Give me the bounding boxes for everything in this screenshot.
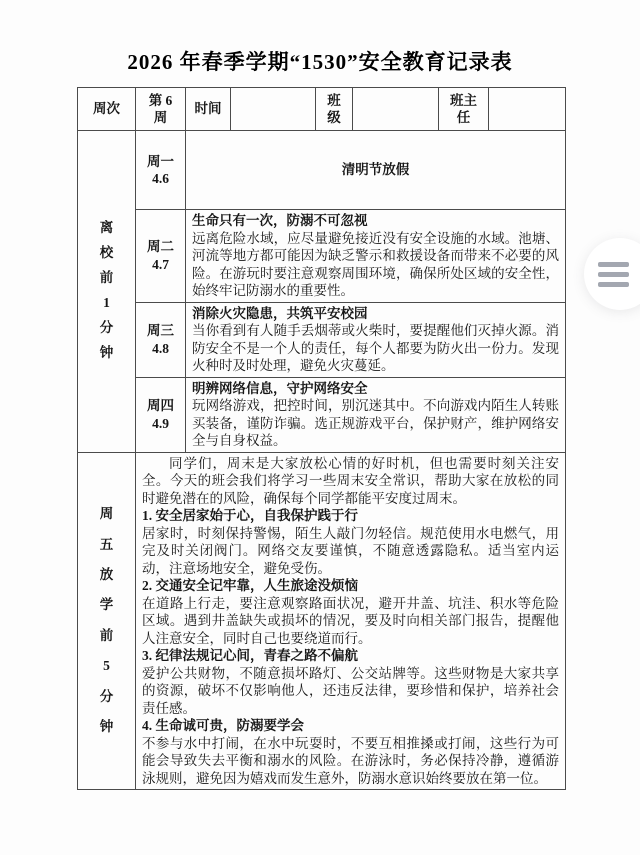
table-row-monday: 离校前1分钟 周一 4.6 清明节放假 [78, 131, 566, 210]
day-label: 周一 [147, 154, 174, 169]
topic-body: 当你看到有人随手丢烟蒂或火柴时，要提醒他们灭掉火源。消防安全不是一个人的责任，每… [192, 323, 559, 373]
friday-item-3-title: 3. 纪律法规记心间，青春之路不偏航 [142, 647, 559, 665]
info-row: 周次 第 6 周 时间 班级 班主任 [78, 88, 566, 131]
period-label-text: 离校前1分钟 [99, 216, 113, 366]
time-label: 时间 [186, 88, 231, 131]
topic-body: 玩网络游戏，把控时间，别沉迷其中。不向游戏内陌生人转账买装备，谨防诈骗。选正规游… [192, 398, 559, 448]
day-label: 周二 [147, 239, 174, 254]
day-label: 周三 [147, 323, 174, 338]
time-value-field [231, 88, 316, 131]
date-label: 4.6 [142, 170, 179, 188]
day-cell-tuesday: 周二 4.7 [136, 210, 186, 303]
friday-item-1-title: 1. 安全居家始于心，自我保护践于行 [142, 507, 559, 525]
content-thursday: 明辨网络信息，守护网络安全玩网络游戏，把控时间，别沉迷其中。不向游戏内陌生人转账… [186, 377, 566, 452]
day-cell-thursday: 周四 4.9 [136, 377, 186, 452]
topic-title: 生命只有一次，防溺不可忽视 [192, 212, 559, 230]
day-cell-wednesday: 周三 4.8 [136, 302, 186, 377]
teacher-label: 班主任 [439, 88, 489, 131]
week-number-label: 周次 [78, 88, 136, 131]
day-label: 周四 [147, 398, 174, 413]
week-number-value: 第 6 周 [136, 88, 186, 131]
friday-item-4-body: 不参与水中打闹，在水中玩耍时，不要互相推搡或打闹，这些行为可能会导致失去平衡和溺… [142, 735, 559, 788]
document-page: 2026 年春季学期“1530”安全教育记录表 周次 第 6 周 时间 班级 班… [0, 0, 640, 855]
friday-item-2-title: 2. 交通安全记牢靠，人生旅途没烦恼 [142, 577, 559, 595]
period-label-text: 周五放学前5分钟 [99, 499, 113, 742]
teacher-value-field [489, 88, 566, 131]
table-row-friday: 周五放学前5分钟 同学们，周末是大家放松心情的好时机，但也需要时刻关注安全。今天… [78, 452, 566, 790]
friday-intro: 同学们，周末是大家放松心情的好时机，但也需要时刻关注安全。今天的班会我们将学习一… [142, 455, 559, 508]
floating-menu-button[interactable] [584, 238, 640, 310]
content-monday-holiday: 清明节放假 [186, 131, 566, 210]
period-label-friday: 周五放学前5分钟 [78, 452, 136, 790]
friday-item-4-title: 4. 生命诚可贵，防溺要学会 [142, 717, 559, 735]
topic-title: 消除火灾隐患，共筑平安校园 [192, 305, 559, 323]
hamburger-icon [598, 282, 629, 287]
content-friday: 同学们，周末是大家放松心情的好时机，但也需要时刻关注安全。今天的班会我们将学习一… [136, 452, 566, 790]
page-title: 2026 年春季学期“1530”安全教育记录表 [0, 46, 640, 76]
period-label-before-leaving: 离校前1分钟 [78, 131, 136, 453]
class-value-field [353, 88, 439, 131]
day-cell-monday: 周一 4.6 [136, 131, 186, 210]
class-label: 班级 [316, 88, 353, 131]
friday-item-3-body: 爱护公共财物，不随意损坏路灯、公交站牌等。这些财物是大家共享的资源，破坏不仅影响… [142, 665, 559, 718]
hamburger-icon [598, 272, 629, 277]
friday-item-1-body: 居家时，时刻保持警惕，陌生人敲门勿轻信。规范使用水电燃气，用完及时关闭阀门。网络… [142, 525, 559, 578]
friday-item-2-body: 在道路上行走，要注意观察路面状况，避开井盖、坑洼、积水等危险区域。遇到井盖缺失或… [142, 595, 559, 648]
table-row-thursday: 周四 4.9 明辨网络信息，守护网络安全玩网络游戏，把控时间，别沉迷其中。不向游… [78, 377, 566, 452]
content-tuesday: 生命只有一次，防溺不可忽视远离危险水域，应尽量避免接近没有安全设施的水域。池塘、… [186, 210, 566, 303]
date-label: 4.9 [142, 415, 179, 433]
safety-record-table: 周次 第 6 周 时间 班级 班主任 离校前1分钟 周一 4.6 清明节放假 周… [77, 87, 566, 790]
topic-body: 远离危险水域，应尽量避免接近没有安全设施的水域。池塘、河流等地方都可能因为缺乏警… [192, 231, 559, 299]
topic-title: 明辨网络信息，守护网络安全 [192, 380, 559, 398]
table-row-tuesday: 周二 4.7 生命只有一次，防溺不可忽视远离危险水域，应尽量避免接近没有安全设施… [78, 210, 566, 303]
hamburger-icon [598, 262, 629, 267]
table-row-wednesday: 周三 4.8 消除火灾隐患，共筑平安校园当你看到有人随手丢烟蒂或火柴时，要提醒他… [78, 302, 566, 377]
date-label: 4.8 [142, 340, 179, 358]
date-label: 4.7 [142, 256, 179, 274]
content-wednesday: 消除火灾隐患，共筑平安校园当你看到有人随手丢烟蒂或火柴时，要提醒他们灭掉火源。消… [186, 302, 566, 377]
